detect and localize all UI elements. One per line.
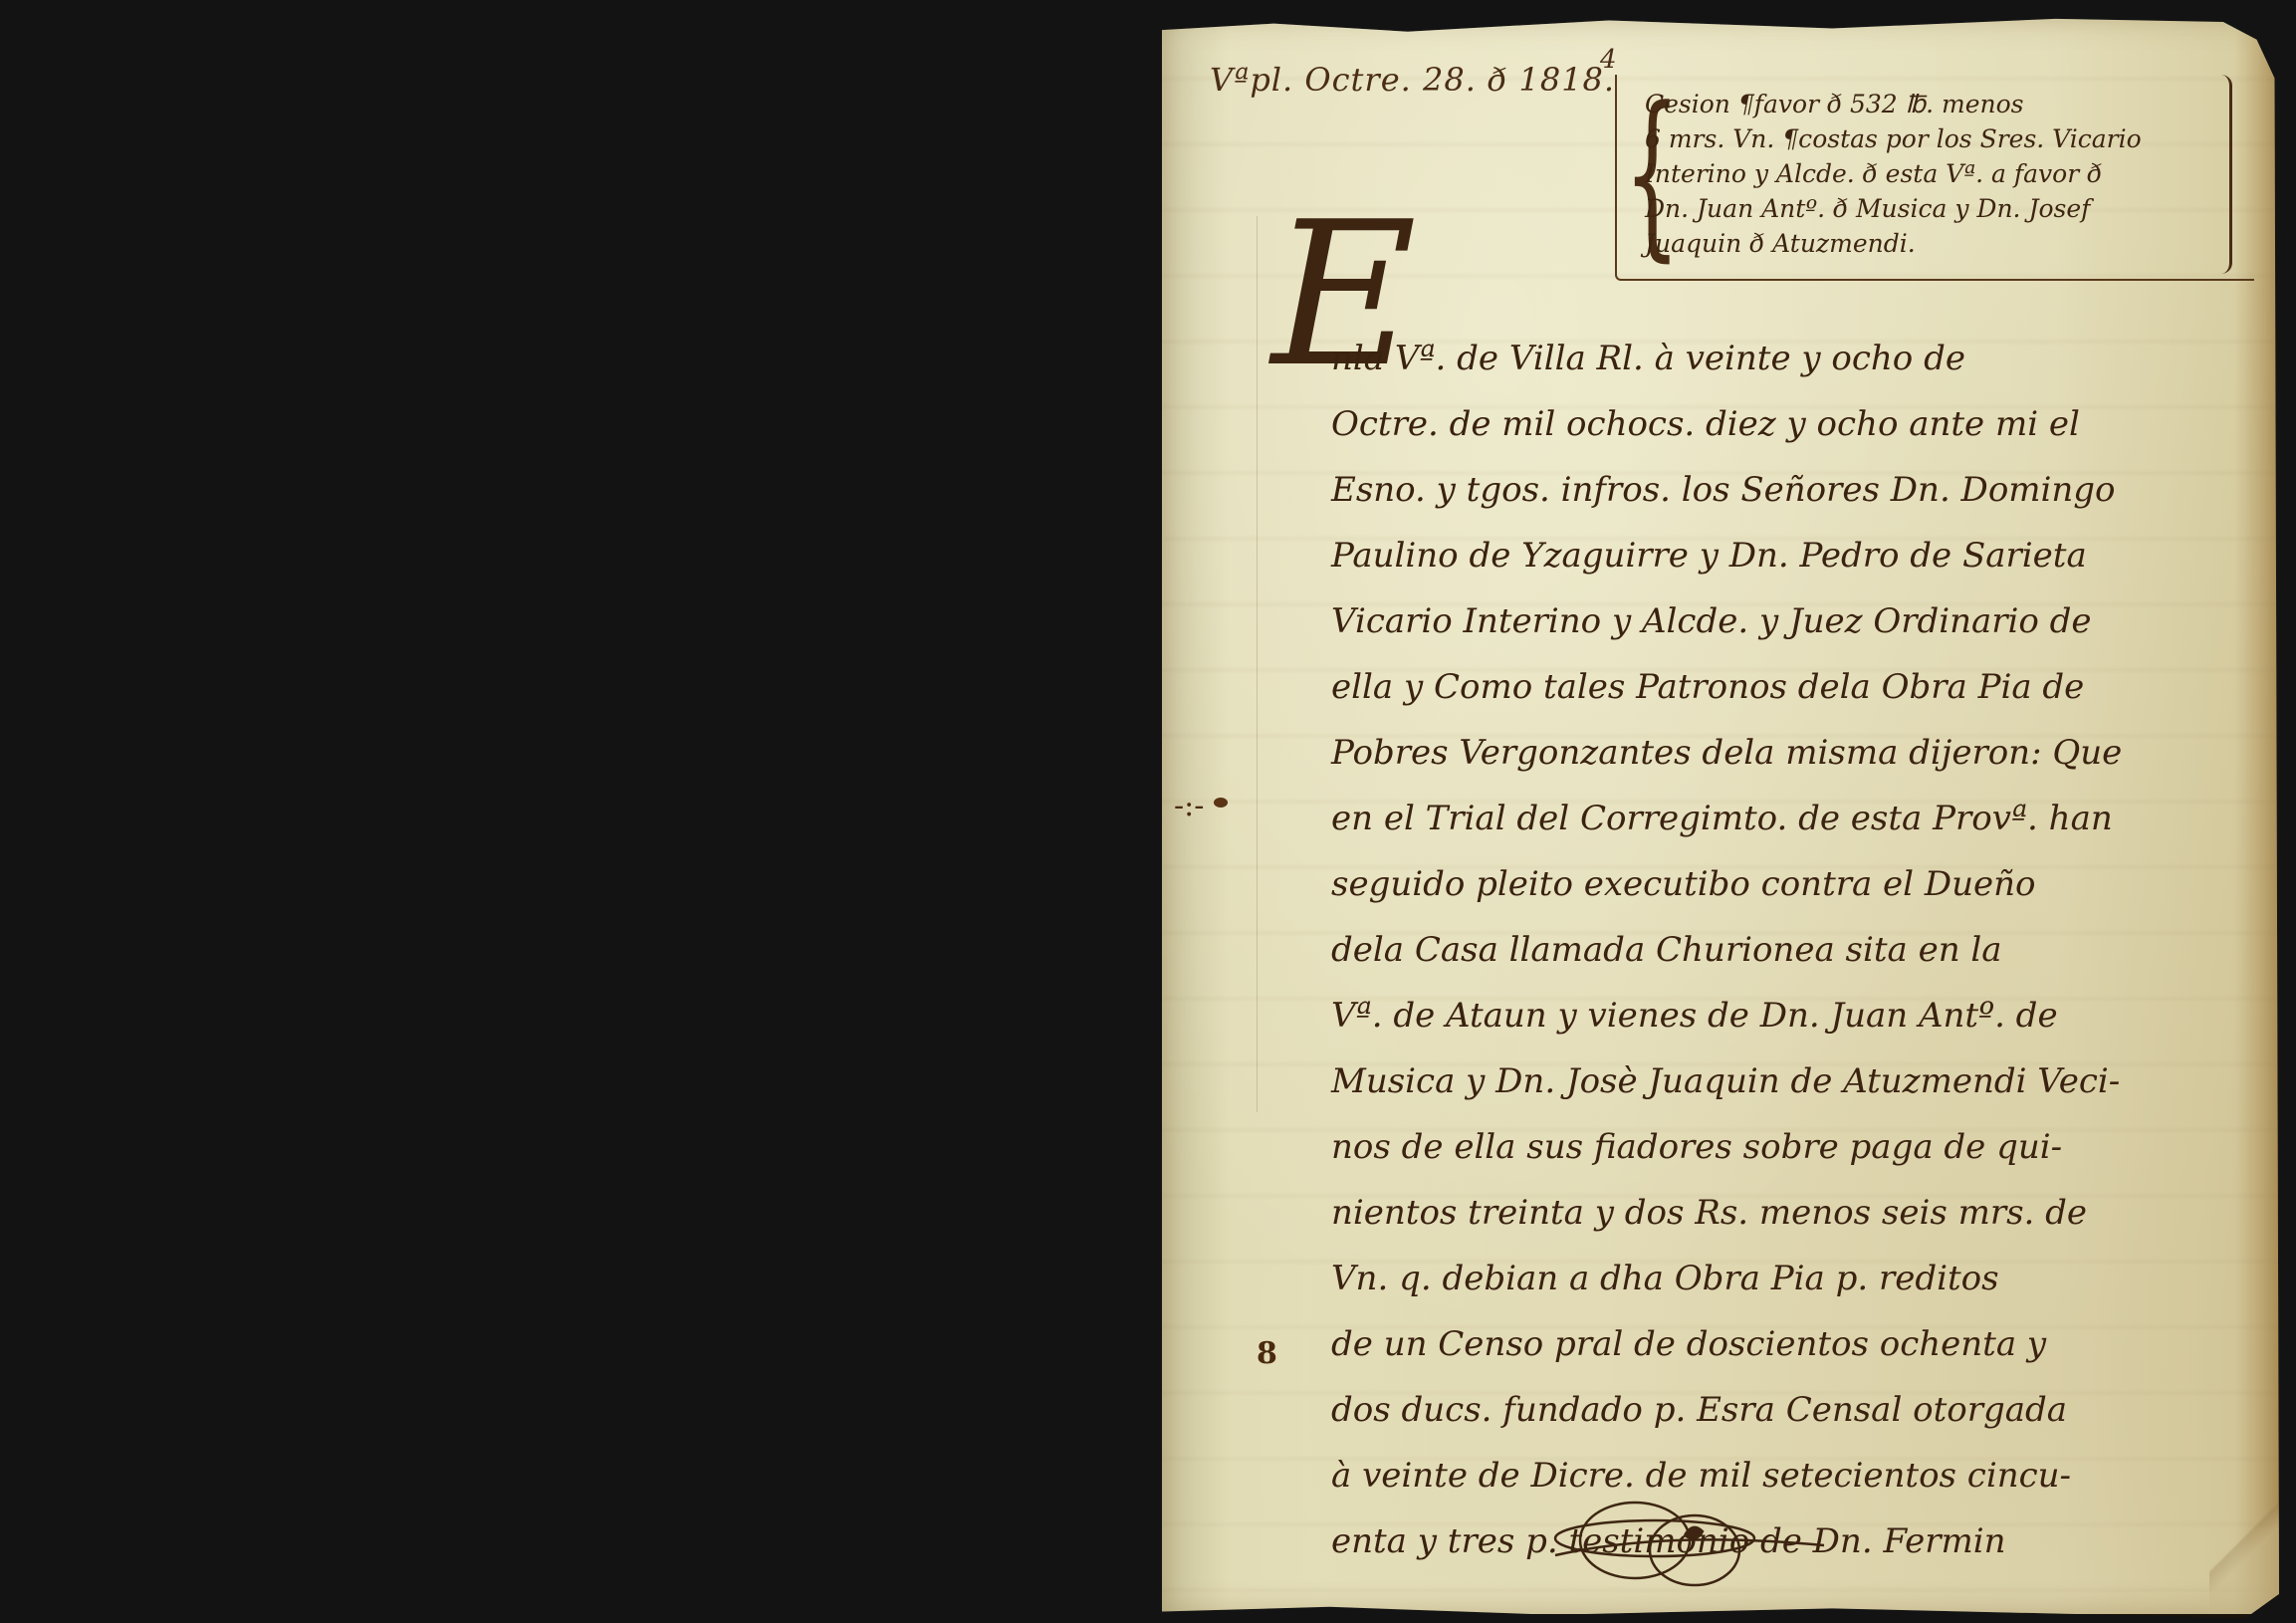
margin-mark: -:-	[1174, 789, 1204, 823]
document-viewer: Vªpl. Octre. 28. ð 1818. 4 { Cesion ¶fav…	[0, 0, 2296, 1623]
body-line: nos de ella sus fiadores sobre paga de q…	[1331, 1114, 2227, 1180]
summary-line: Cesion ¶favor ð 532 ℔. menos	[1645, 87, 2222, 121]
margin-mark: 8	[1257, 1336, 1277, 1371]
body-line: Pobres Vergonzantes dela misma dijeron: …	[1331, 720, 2227, 786]
body-line: Octre. de mil ochocs. diez y ocho ante m…	[1331, 391, 2227, 457]
manuscript-page: Vªpl. Octre. 28. ð 1818. 4 { Cesion ¶fav…	[1162, 14, 2279, 1618]
folio-number: 4	[1600, 45, 1617, 75]
body-text: nla Vª. de Villa Rl. à veinte y ocho de …	[1331, 326, 2227, 1574]
body-line: dos ducs. fundado p. Esra Censal otorgad…	[1331, 1377, 2227, 1443]
header-reference: Vªpl. Octre. 28. ð 1818.	[1210, 61, 1615, 99]
body-line: dela Casa llamada Churionea sita en la	[1331, 917, 2227, 983]
summary-note: { Cesion ¶favor ð 532 ℔. menos 6 mrs. Vn…	[1615, 75, 2254, 281]
body-line: à veinte de Dicre. de mil setecientos ci…	[1331, 1443, 2227, 1508]
summary-line: 6 mrs. Vn. ¶costas por los Sres. Vicario	[1645, 121, 2222, 156]
body-line: de un Censo pral de doscientos ochenta y	[1331, 1311, 2227, 1377]
summary-line: Interino y Alcde. ð esta Vª. a favor ð	[1645, 156, 2222, 191]
body-line: Vicario Interino y Alcde. y Juez Ordinar…	[1331, 588, 2227, 654]
body-line: seguido pleito executibo contra el Dueño	[1331, 851, 2227, 917]
summary-line: Dn. Juan Antº. ð Musica y Dn. Josef	[1645, 191, 2222, 226]
ink-blot	[1214, 798, 1228, 808]
body-line: Musica y Dn. Josè Juaquin de Atuzmendi V…	[1331, 1048, 2227, 1114]
summary-line: Juaquin ð Atuzmendi.	[1645, 226, 2222, 261]
summary-lines: Cesion ¶favor ð 532 ℔. menos 6 mrs. Vn. …	[1645, 87, 2222, 261]
body-line: ella y Como tales Patronos dela Obra Pia…	[1331, 654, 2227, 720]
body-line: Vn. q. debian a dha Obra Pia p. reditos	[1331, 1246, 2227, 1311]
body-line: Esno. y tgos. infros. los Señores Dn. Do…	[1331, 457, 2227, 523]
body-line: nientos treinta y dos Rs. menos seis mrs…	[1331, 1180, 2227, 1246]
body-line: en el Trial del Corregimto. de esta Prov…	[1331, 786, 2227, 851]
body-line: Vª. de Ataun y vienes de Dn. Juan Antº. …	[1331, 983, 2227, 1048]
body-line: nla Vª. de Villa Rl. à veinte y ocho de	[1331, 326, 2227, 391]
right-brace-icon	[2221, 75, 2232, 274]
fold-crease	[1257, 216, 1258, 1112]
body-line: Paulino de Yzaguirre y Dn. Pedro de Sari…	[1331, 523, 2227, 588]
rubric-flourish-icon	[1545, 1501, 1834, 1590]
